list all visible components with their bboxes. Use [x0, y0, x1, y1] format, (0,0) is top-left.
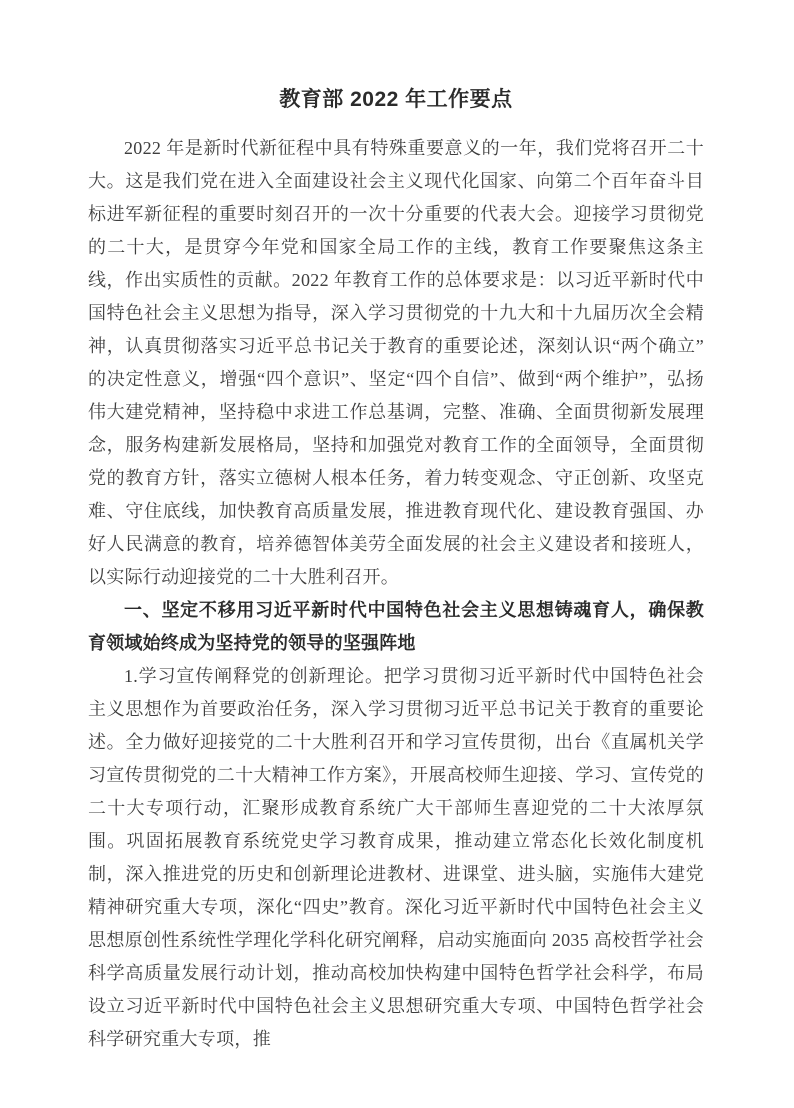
- page-title: 教育部 2022 年工作要点: [88, 86, 704, 114]
- document-page: 教育部 2022 年工作要点 2022 年是新时代新征程中具有特殊重要意义的一年…: [0, 0, 794, 1108]
- section-heading-1: 一、坚定不移用习近平新时代中国特色社会主义思想铸魂育人，确保教育领域始终成为坚持…: [88, 594, 704, 660]
- document-content: 教育部 2022 年工作要点 2022 年是新时代新征程中具有特殊重要意义的一年…: [0, 0, 794, 1096]
- paragraph-item-1: 1.学习宣传阐释党的创新理论。把学习贯彻习近平新时代中国特色社会主义思想作为首要…: [88, 660, 704, 1056]
- paragraph-intro: 2022 年是新时代新征程中具有特殊重要意义的一年，我们党将召开二十大。这是我们…: [88, 132, 704, 594]
